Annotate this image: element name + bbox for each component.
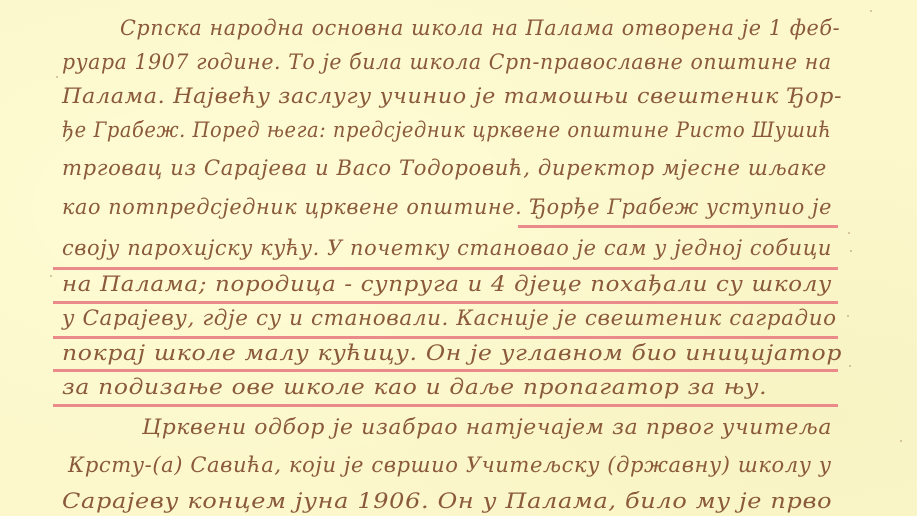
- manuscript-line: за подизање ове школе као и даље пропага…: [62, 373, 767, 401]
- manuscript-line: Црквени одбор је изабрао натјечајем за п…: [142, 413, 832, 441]
- manuscript-line: своју парохијску кућу. У почетку станова…: [62, 234, 832, 262]
- manuscript-line: Сарајеву концем јуна 1906. Он у Палама, …: [62, 487, 832, 515]
- highlight-line-6: [53, 404, 838, 407]
- paper-speck: [50, 275, 52, 277]
- highlight-line-1: [518, 225, 838, 228]
- manuscript-line: Српска народна основна школа на Палама о…: [120, 14, 840, 42]
- paper-speck: [850, 250, 852, 252]
- highlight-line-3: [53, 301, 838, 304]
- manuscript-line: трговац из Сарајева и Васо Тодоровић, ди…: [62, 154, 827, 182]
- manuscript-line: на Палама; породица - супруга и 4 дјеце …: [62, 270, 832, 298]
- paper-speck: [848, 232, 850, 234]
- manuscript-line: Палама. Највећу заслугу учинио је тамошњ…: [62, 82, 842, 110]
- highlight-line-5: [53, 369, 838, 372]
- highlight-line-4: [53, 336, 838, 339]
- manuscript-page: Српска народна основна школа на Палама о…: [0, 0, 917, 516]
- paper-speck: [847, 315, 849, 317]
- manuscript-line: покрај школе малу кућицу. Он је углавном…: [62, 339, 842, 367]
- manuscript-line: Крсту-(а) Савића, који је свршио Учитељс…: [68, 451, 832, 479]
- manuscript-line: руара 1907 године. То је била школа Срп-…: [62, 48, 832, 76]
- paper-speck: [849, 365, 851, 367]
- paper-speck: [56, 76, 58, 78]
- manuscript-line: као потпредсједник црквене општине. Ђорђ…: [62, 193, 832, 221]
- paper-speck: [870, 10, 872, 12]
- highlight-line-2: [53, 267, 838, 270]
- manuscript-line: ђе Грабеж. Поред њега: предсједник цркве…: [62, 116, 832, 144]
- paper-speck: [900, 440, 902, 442]
- manuscript-line: у Сарајеву, гдје су и становали. Касније…: [62, 304, 837, 332]
